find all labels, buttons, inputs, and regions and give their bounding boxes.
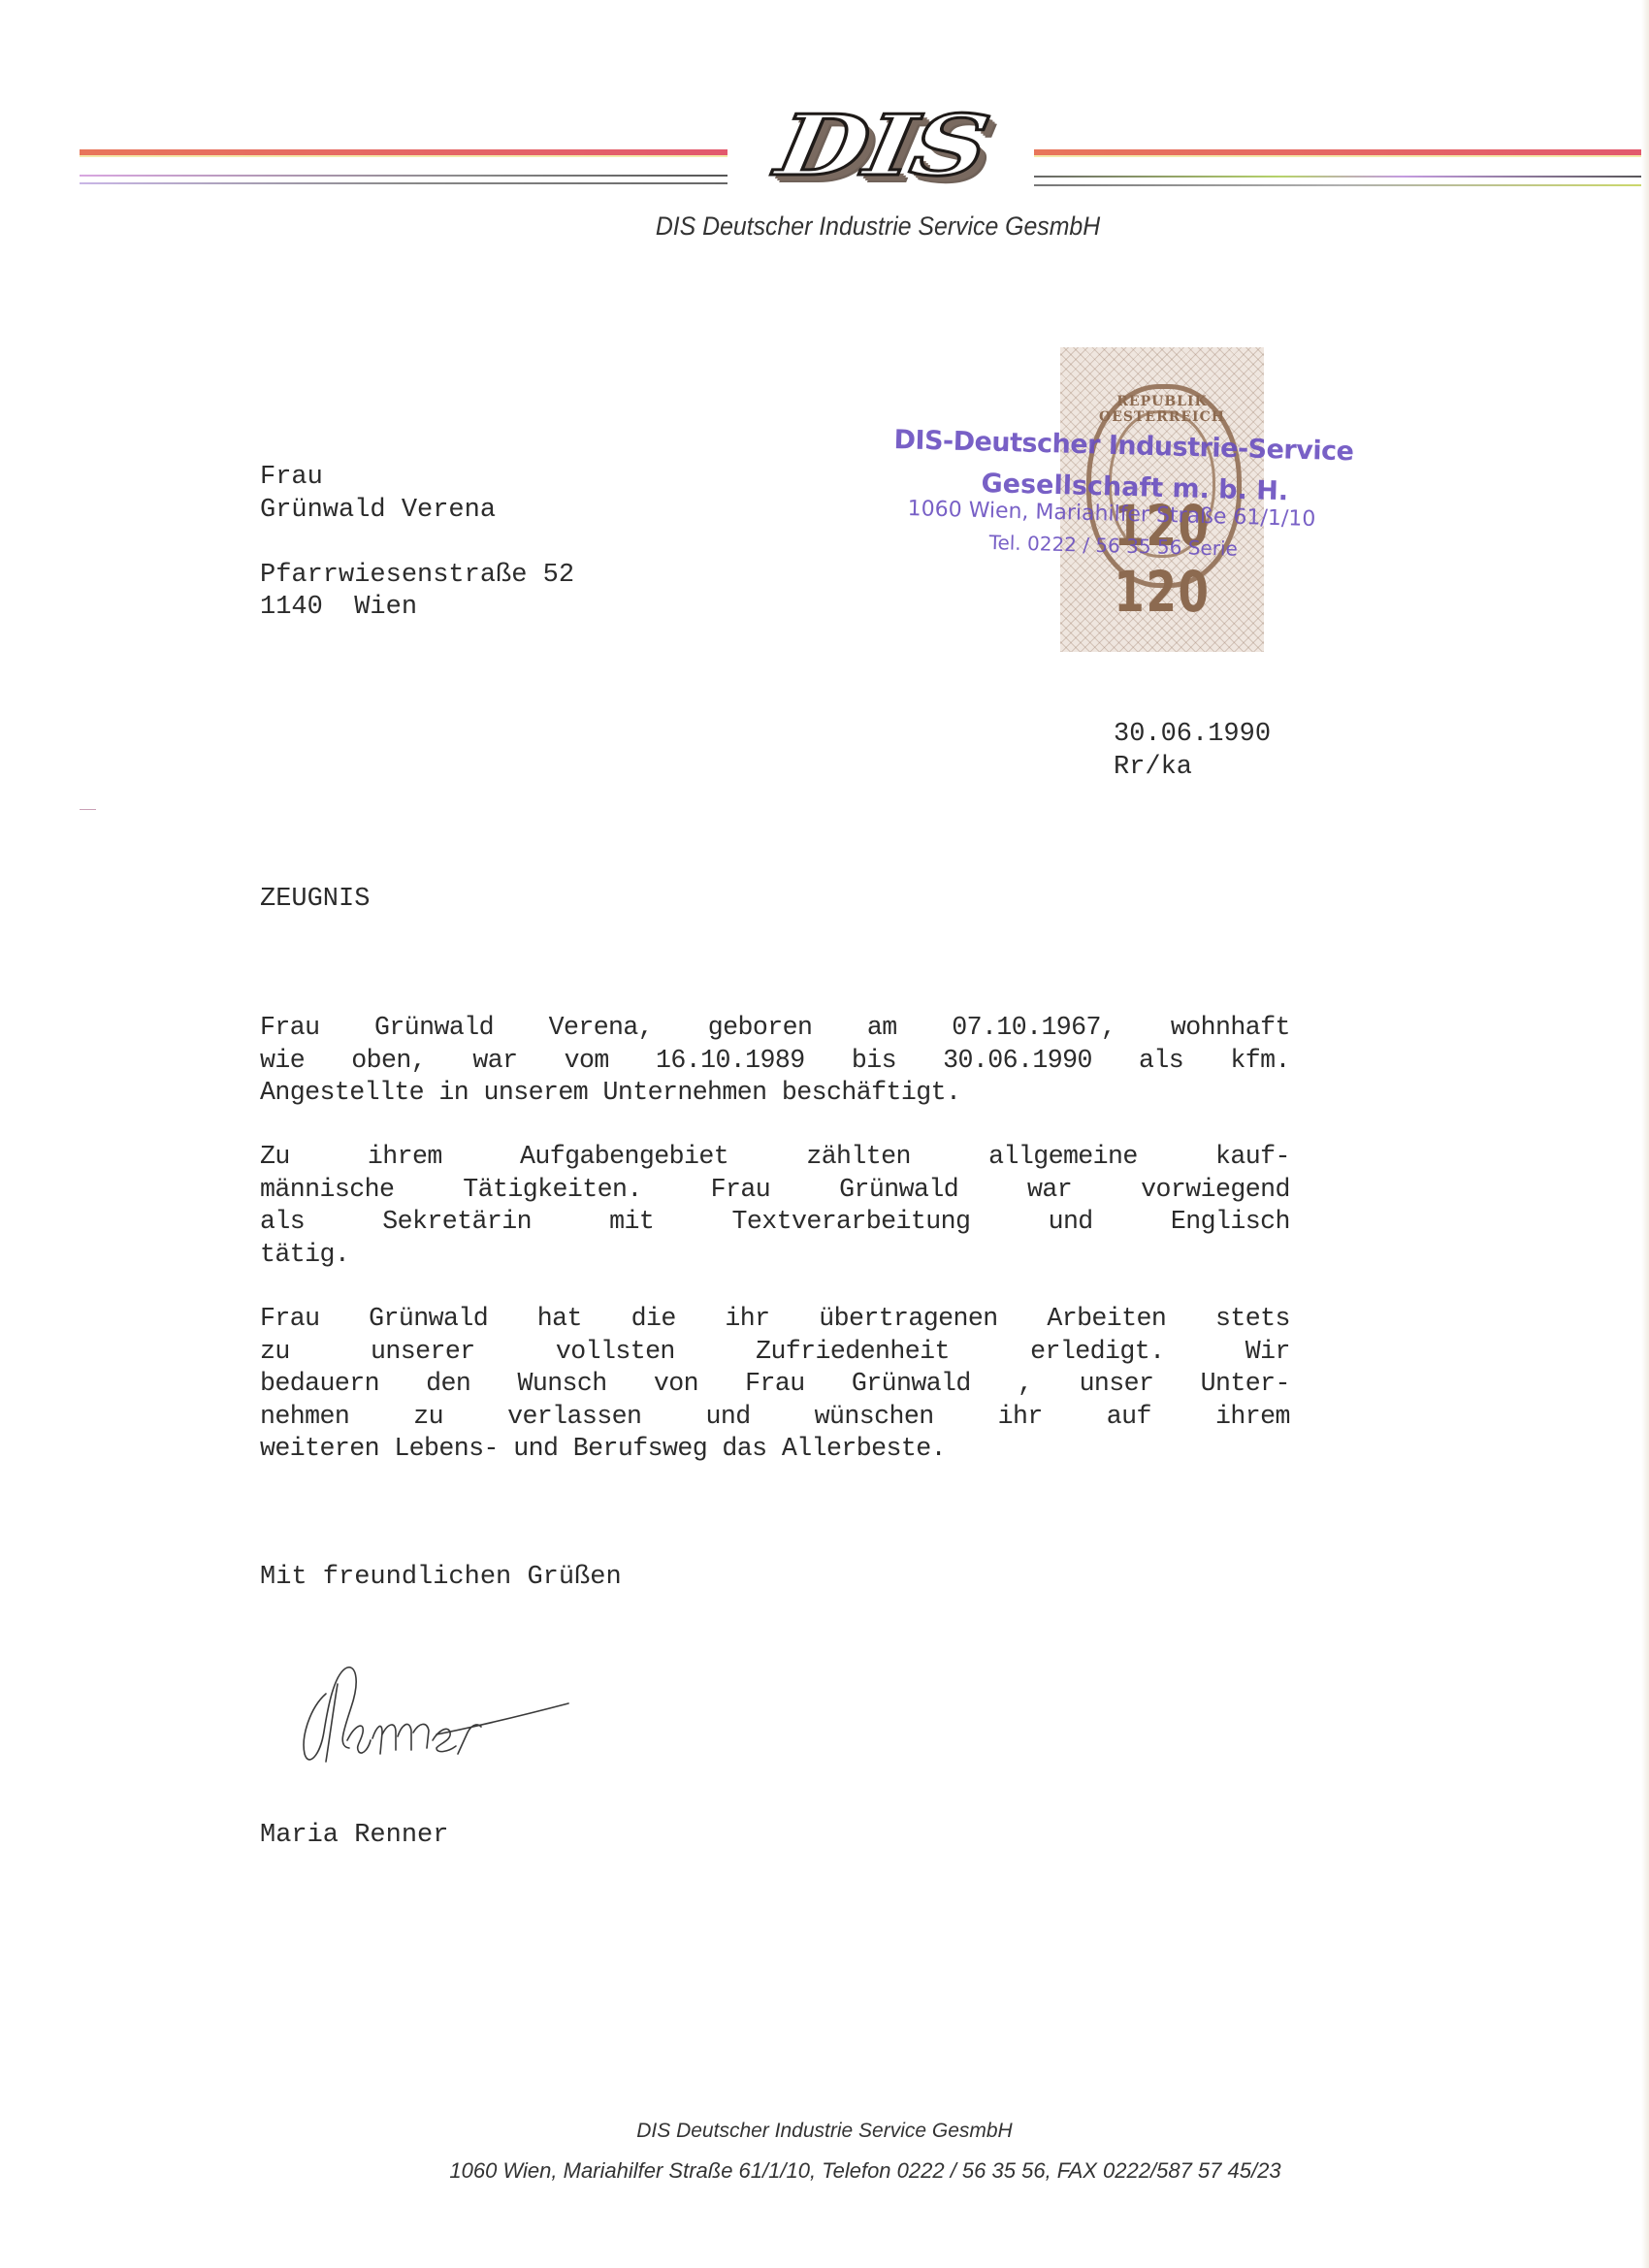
recipient-city: 1140 Wien: [260, 592, 574, 625]
letterhead-line-right-1: [1034, 176, 1649, 178]
paragraph-line: tätig.: [260, 1240, 1290, 1273]
paragraph-duties: Zu ihrem Aufgabengebiet zählten allgemei…: [260, 1142, 1290, 1272]
paragraph-line: als Sekretärin mit Textverarbeitung und …: [260, 1207, 1290, 1240]
paragraph-line: Zu ihrem Aufgabengebiet zählten allgemei…: [260, 1142, 1290, 1175]
date-reference-block: 30.06.1990Rr/ka: [1114, 719, 1271, 784]
stamp-country-label: REPUBLIK OESTERREICH: [1060, 394, 1264, 425]
paragraph-line: Angestellte in unserem Unternehmen besch…: [260, 1078, 1290, 1111]
handwritten-signature: [291, 1639, 582, 1785]
paragraph-line: männische Tätigkeiten. Frau Grünwald war…: [260, 1175, 1290, 1208]
paragraph-assessment: Frau Grünwald hat die ihr übertragenen A…: [260, 1304, 1290, 1467]
signer-name: Maria Renner: [260, 1820, 448, 1853]
paragraph-line: weiteren Lebens- und Berufsweg das Aller…: [260, 1434, 1290, 1467]
letterhead-line-left-2: [80, 182, 727, 184]
paragraph-line: zu unserer vollsten Zufriedenheit erledi…: [260, 1337, 1290, 1370]
paragraph-line: Frau Grünwald Verena, geboren am 07.10.1…: [260, 1013, 1290, 1046]
letterhead-stripe-left-under: [80, 155, 727, 157]
closing-greeting: Mit freundlichen Grüßen: [260, 1562, 622, 1595]
company-name-subtitle: DIS Deutscher Industrie Service GesmbH: [70, 211, 1649, 242]
recipient-name: Grünwald Verena: [260, 495, 574, 528]
paragraph-line: wie oben, war vom 16.10.1989 bis 30.06.1…: [260, 1046, 1290, 1079]
fold-mark: [80, 809, 96, 810]
letterhead-line-left-1: [80, 175, 727, 177]
paragraph-employment: Frau Grünwald Verena, geboren am 07.10.1…: [260, 1013, 1290, 1111]
rubber-stamp-line-1: DIS-Deutscher Industrie-Service: [893, 425, 1354, 467]
letterhead-line-right-2: [1034, 184, 1649, 186]
footer-company-name: DIS Deutscher Industrie Service GesmbH: [0, 2120, 1649, 2143]
reference-code: Rr/ka: [1114, 752, 1271, 785]
paragraph-line: bedauern den Wunsch von Frau Grünwald , …: [260, 1369, 1290, 1402]
letter-date: 30.06.1990: [1114, 719, 1271, 752]
recipient-street: Pfarrwiesenstraße 52: [260, 560, 574, 593]
page-edge-shadow: [1641, 0, 1649, 2268]
recipient-salutation: Frau: [260, 462, 574, 495]
dis-logo: DIS: [762, 105, 1001, 188]
footer-address: 1060 Wien, Mariahilfer Straße 61/1/10, T…: [0, 2158, 1649, 2184]
paragraph-line: nehmen zu verlassen und wünschen ihr auf…: [260, 1402, 1290, 1435]
paragraph-line: Frau Grünwald hat die ihr übertragenen A…: [260, 1304, 1290, 1337]
letterhead-stripe-right-under: [1034, 155, 1649, 157]
document-title: ZEUGNIS: [260, 884, 370, 917]
recipient-address: FrauGrünwald VerenaPfarrwiesenstraße 521…: [260, 462, 574, 625]
